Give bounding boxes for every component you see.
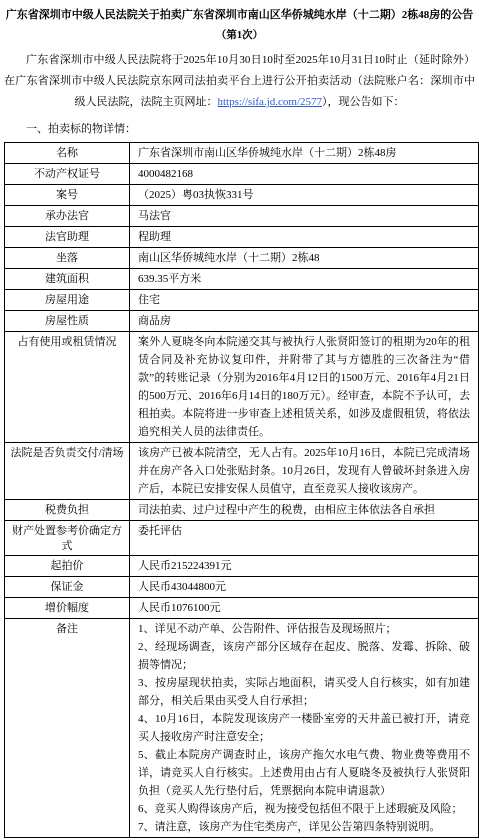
- table-row: 不动产权证号4000482168: [5, 164, 479, 185]
- table-row: 法官助理程助理: [5, 227, 479, 248]
- row-value-paragraph: 人民币1076100元: [138, 599, 470, 617]
- row-value-paragraph: 商品房: [138, 312, 470, 330]
- row-label: 增价幅度: [5, 598, 130, 619]
- row-label: 起拍价: [5, 556, 130, 577]
- row-label: 案号: [5, 185, 130, 206]
- table-row: 房屋用途住宅: [5, 290, 479, 311]
- row-value-paragraph: 程助理: [138, 228, 470, 246]
- row-value-paragraph: 6、竞买人购得该房产后，视为接受包括但不限于上述瑕疵及风险；: [138, 800, 470, 818]
- row-value-paragraph: 南山区华侨城纯水岸（十二期）2栋48: [138, 249, 470, 267]
- row-value: 商品房: [130, 311, 479, 332]
- row-value: 639.35平方米: [130, 269, 479, 290]
- table-row: 房屋性质商品房: [5, 311, 479, 332]
- document-subtitle: （第1次）: [2, 29, 477, 43]
- row-label: 财产处置参考价确定方式: [5, 521, 130, 556]
- table-row: 增价幅度人民币1076100元: [5, 598, 479, 619]
- row-value: 广东省深圳市南山区华侨城纯水岸（十二期）2栋48房: [130, 143, 479, 164]
- row-value-paragraph: 2、经现场调查，该房产部分区域存在起皮、脱落、发霉、拆除、破损等情况；: [138, 638, 470, 674]
- row-value-paragraph: 马法官: [138, 207, 470, 225]
- table-row: 名称广东省深圳市南山区华侨城纯水岸（十二期）2栋48房: [5, 143, 479, 164]
- table-row: 占有使用或租赁情况案外人夏晓冬向本院递交其与被执行人张贤阳签订的租期为20年的租…: [5, 332, 479, 443]
- row-label: 房屋性质: [5, 311, 130, 332]
- row-value-paragraph: 委托评估: [138, 522, 470, 540]
- intro-paragraph: 广东省深圳市中级人民法院将于2025年10月30日10时至2025年10月31日…: [4, 50, 475, 113]
- row-label: 建筑面积: [5, 269, 130, 290]
- table-row: 保证金人民币43044800元: [5, 577, 479, 598]
- row-label: 占有使用或租赁情况: [5, 332, 130, 443]
- table-row: 财产处置参考价确定方式委托评估: [5, 521, 479, 556]
- row-label: 备注: [5, 619, 130, 838]
- row-value: 马法官: [130, 206, 479, 227]
- table-row: 案号（2025）粤03执恢331号: [5, 185, 479, 206]
- row-value: 案外人夏晓冬向本院递交其与被执行人张贤阳签订的租期为20年的租赁合同及补充协议复…: [130, 332, 479, 443]
- row-value-paragraph: 4、10月16日，本院发现该房产一楼卧室旁的天井盖已被打开，请竞买人接收房产时注…: [138, 710, 470, 746]
- row-value: 1、详见不动产单、公告附件、评估报告及现场照片；2、经现场调查，该房产部分区域存…: [130, 619, 479, 838]
- row-label: 法院是否负责交付/清场: [5, 443, 130, 500]
- table-row: 坐落南山区华侨城纯水岸（十二期）2栋48: [5, 248, 479, 269]
- table-row: 税费负担司法拍卖、过户过程中产生的税费，由相应主体依法各自承担: [5, 500, 479, 521]
- row-value: 人民币1076100元: [130, 598, 479, 619]
- row-value: 住宅: [130, 290, 479, 311]
- row-value: 南山区华侨城纯水岸（十二期）2栋48: [130, 248, 479, 269]
- table-row: 起拍价人民币215224391元: [5, 556, 479, 577]
- row-label: 名称: [5, 143, 130, 164]
- section-heading-auction-details: 一、拍卖标的物详情：: [4, 121, 475, 137]
- row-value-paragraph: （2025）粤03执恢331号: [138, 186, 470, 204]
- auction-detail-table-body: 名称广东省深圳市南山区华侨城纯水岸（十二期）2栋48房不动产权证号4000482…: [5, 143, 479, 838]
- row-value: 人民币43044800元: [130, 577, 479, 598]
- document-title: 广东省深圳市中级人民法院关于拍卖广东省深圳市南山区华侨城纯水岸（十二期）2栋48…: [2, 7, 477, 24]
- row-label: 不动产权证号: [5, 164, 130, 185]
- row-value-paragraph: 639.35平方米: [138, 270, 470, 288]
- row-label: 保证金: [5, 577, 130, 598]
- row-label: 坐落: [5, 248, 130, 269]
- row-value: （2025）粤03执恢331号: [130, 185, 479, 206]
- row-value: 委托评估: [130, 521, 479, 556]
- table-row: 承办法官马法官: [5, 206, 479, 227]
- row-value-paragraph: 案外人夏晓冬向本院递交其与被执行人张贤阳签订的租期为20年的租赁合同及补充协议复…: [138, 333, 470, 441]
- intro-text-after-link: ），现公告如下：: [322, 96, 405, 108]
- row-label: 法官助理: [5, 227, 130, 248]
- row-label: 税费负担: [5, 500, 130, 521]
- row-value-paragraph: 5、截止本院房产调查时止，该房产拖欠水电气费、物业费等费用不详，请竞买人自行核实…: [138, 746, 470, 800]
- announcement-document: 广东省深圳市中级人民法院关于拍卖广东省深圳市南山区华侨城纯水岸（十二期）2栋48…: [0, 0, 479, 840]
- row-label: 承办法官: [5, 206, 130, 227]
- row-value-paragraph: 该房产已被本院清空，无人占有。2025年10月16日，本院已完成清场并在房产各入…: [138, 444, 470, 498]
- row-value: 4000482168: [130, 164, 479, 185]
- table-row: 备注1、详见不动产单、公告附件、评估报告及现场照片；2、经现场调查，该房产部分区…: [5, 619, 479, 838]
- row-value-paragraph: 7、请注意，该房产为住宅类房产，详见公告第四条特别说明。: [138, 818, 470, 836]
- row-value-paragraph: 1、详见不动产单、公告附件、评估报告及现场照片；: [138, 620, 470, 638]
- table-row: 法院是否负责交付/清场该房产已被本院清空，无人占有。2025年10月16日，本院…: [5, 443, 479, 500]
- row-value: 司法拍卖、过户过程中产生的税费，由相应主体依法各自承担: [130, 500, 479, 521]
- table-row: 建筑面积639.35平方米: [5, 269, 479, 290]
- row-value-paragraph: 住宅: [138, 291, 470, 309]
- row-value-paragraph: 广东省深圳市南山区华侨城纯水岸（十二期）2栋48房: [138, 144, 470, 162]
- court-homepage-link[interactable]: https://sifa.jd.com/2577: [218, 96, 323, 108]
- auction-detail-table: 名称广东省深圳市南山区华侨城纯水岸（十二期）2栋48房不动产权证号4000482…: [4, 142, 479, 838]
- row-value: 程助理: [130, 227, 479, 248]
- row-value: 人民币215224391元: [130, 556, 479, 577]
- row-value: 该房产已被本院清空，无人占有。2025年10月16日，本院已完成清场并在房产各入…: [130, 443, 479, 500]
- row-value-paragraph: 3、按房屋现状拍卖，实际占地面积，请买受人自行核实，如有加建部分，相关后果由买受…: [138, 674, 470, 710]
- row-value-paragraph: 司法拍卖、过户过程中产生的税费，由相应主体依法各自承担: [138, 501, 470, 519]
- row-value-paragraph: 人民币43044800元: [138, 578, 470, 596]
- row-value-paragraph: 4000482168: [138, 165, 470, 183]
- row-value-paragraph: 人民币215224391元: [138, 557, 470, 575]
- row-label: 房屋用途: [5, 290, 130, 311]
